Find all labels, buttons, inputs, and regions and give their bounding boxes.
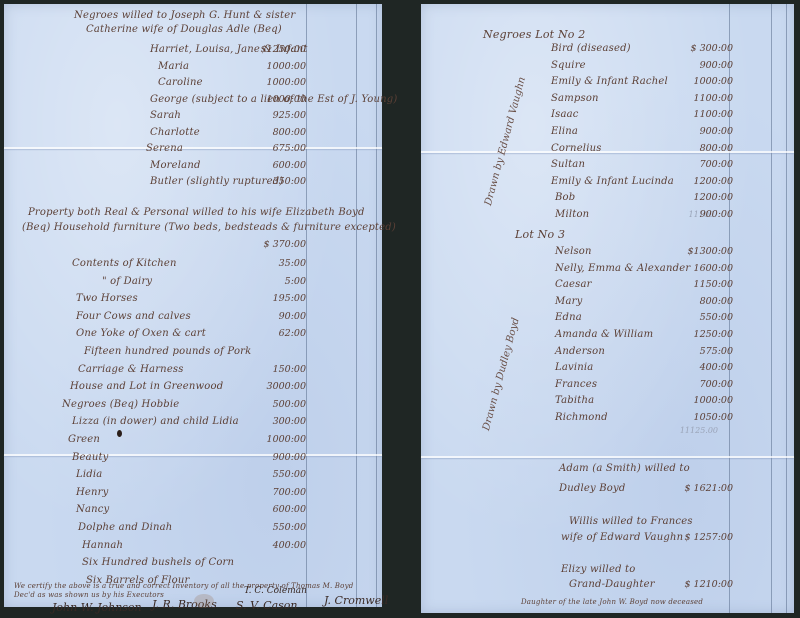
ledger-amount: 1050:00 bbox=[694, 412, 733, 423]
ledger-item: Maria bbox=[158, 61, 189, 72]
ledger-amount: 1200:00 bbox=[694, 176, 733, 187]
paper-stain bbox=[194, 594, 214, 608]
ledger-item: Cornelius bbox=[551, 143, 602, 154]
signature: John W. Johnson bbox=[52, 601, 142, 614]
ledger-item: Mary bbox=[555, 296, 582, 307]
right-page: Negroes Lot No 2 Drawn by Edward Vaughn … bbox=[421, 4, 794, 613]
ledger-item: Amanda & William bbox=[555, 329, 653, 340]
ledger-amount: 900:00 bbox=[700, 60, 733, 71]
lot2-margin-note: Drawn by Edward Vaughn bbox=[483, 76, 528, 207]
ledger-amount: 550:00 bbox=[273, 469, 306, 480]
signature: T. C. Coleman bbox=[244, 586, 307, 596]
ledger-item: Dolphe and Dinah bbox=[78, 522, 172, 533]
ledger-item: Negroes (Beq) Hobbie bbox=[62, 399, 179, 410]
ledger-item: Caesar bbox=[555, 279, 592, 290]
ledger-amount: 350:00 bbox=[273, 176, 306, 187]
ink-blot bbox=[117, 430, 122, 437]
property-heading: (Beq) Household furniture (Two beds, bed… bbox=[22, 222, 396, 233]
ledger-amount: 700:00 bbox=[700, 379, 733, 390]
bequest-note: Daughter of the late John W. Boyd now de… bbox=[521, 598, 703, 606]
ledger-amount: 35:00 bbox=[279, 258, 306, 269]
ledger-item: Henry bbox=[76, 487, 109, 498]
ledger-item: Beauty bbox=[72, 452, 109, 463]
ledger-amount: 400:00 bbox=[700, 362, 733, 373]
ledger-item: Hannah bbox=[82, 540, 123, 551]
certification: Dec'd as was shown us by his Executors bbox=[14, 591, 164, 599]
ledger-amount: 5:00 bbox=[285, 276, 306, 287]
ledger-amount: 1000:00 bbox=[267, 61, 306, 72]
ledger-item: Moreland bbox=[150, 160, 201, 171]
bequest-line: Grand-Daughter bbox=[569, 579, 655, 590]
ledger-item: Sarah bbox=[150, 110, 181, 121]
ledger-item: Four Cows and calves bbox=[76, 311, 191, 322]
ledger-amount: 195:00 bbox=[273, 293, 306, 304]
ledger-amount: 925:00 bbox=[273, 110, 306, 121]
ledger-item: Anderson bbox=[555, 346, 605, 357]
ledger-item: Richmond bbox=[555, 412, 608, 423]
ledger-amount: 700:00 bbox=[273, 487, 306, 498]
bequest-line: Willis willed to Frances bbox=[569, 516, 693, 527]
ledger-item: One Yoke of Oxen & cart bbox=[76, 328, 206, 339]
ledger-amount: 1600:00 bbox=[694, 263, 733, 274]
ledger-amount: 1000:00 bbox=[694, 395, 733, 406]
ledger-amount: 1100:00 bbox=[694, 109, 733, 120]
ledger-item: Bob bbox=[555, 192, 575, 203]
ledger-amount: 1250:00 bbox=[694, 329, 733, 340]
ledger-item: Sultan bbox=[551, 159, 585, 170]
lot3-heading: Lot No 3 bbox=[515, 228, 565, 241]
ledger-amount: 300:00 bbox=[273, 416, 306, 427]
ledger-item: Isaac bbox=[551, 109, 579, 120]
ledger-item: Green bbox=[68, 434, 100, 445]
ledger-amount: 1000:00 bbox=[694, 76, 733, 87]
ledger-item: House and Lot in Greenwood bbox=[70, 381, 223, 392]
ledger-item: Caroline bbox=[158, 77, 203, 88]
ledger-amount: $1250:00 bbox=[260, 44, 306, 55]
ledger-item: Emily & Infant Rachel bbox=[551, 76, 668, 87]
property-heading: Property both Real & Personal willed to … bbox=[28, 207, 365, 218]
ledger-item: Carriage & Harness bbox=[78, 364, 184, 375]
ledger-amount: $1300:00 bbox=[687, 246, 733, 257]
bequest-line: Elizy willed to bbox=[561, 564, 635, 575]
ledger-item: Tabitha bbox=[555, 395, 594, 406]
lot3-total: 11125.00 bbox=[680, 426, 718, 435]
ledger-amount: 900:00 bbox=[700, 209, 733, 220]
ledger-amount: 575:00 bbox=[700, 346, 733, 357]
margin-rule bbox=[771, 4, 772, 613]
ledger-amount: 700:00 bbox=[700, 159, 733, 170]
heading-line: Negroes willed to Joseph G. Hunt & siste… bbox=[74, 10, 295, 21]
ledger-amount: 675:00 bbox=[273, 143, 306, 154]
ledger-amount: 1000:00 bbox=[267, 434, 306, 445]
fold-line bbox=[4, 454, 382, 456]
heading-line: Catherine wife of Douglas Adle (Beq) bbox=[86, 24, 282, 35]
ledger-item: Lavinia bbox=[555, 362, 593, 373]
ledger-item: Serena bbox=[146, 143, 183, 154]
ledger-amount: 1100:00 bbox=[694, 93, 733, 104]
left-page: Negroes willed to Joseph G. Hunt & siste… bbox=[4, 4, 382, 607]
ledger-item: Lizza (in dower) and child Lidia bbox=[72, 416, 239, 427]
ledger-amount: 800:00 bbox=[700, 143, 733, 154]
ledger-item: Contents of Kitchen bbox=[72, 258, 177, 269]
ledger-amount: 500:00 bbox=[273, 399, 306, 410]
margin-rule bbox=[786, 4, 787, 613]
bequest-amount: $ 1621:00 bbox=[684, 483, 733, 494]
ledger-amount: $ 300:00 bbox=[691, 43, 734, 54]
bequest-amount: $ 1257:00 bbox=[684, 532, 733, 543]
ledger-item: Two Horses bbox=[76, 293, 138, 304]
bequest-line: Dudley Boyd bbox=[559, 483, 625, 494]
ledger-amount: 550:00 bbox=[273, 522, 306, 533]
ledger-item: Frances bbox=[555, 379, 597, 390]
ledger-item: Edna bbox=[555, 312, 582, 323]
ledger-amount: 1000:00 bbox=[267, 77, 306, 88]
property-subtotal: $ 370:00 bbox=[264, 239, 307, 250]
lot2-heading: Negroes Lot No 2 bbox=[483, 28, 586, 41]
ledger-item: Nelson bbox=[555, 246, 592, 257]
bequest-line: Adam (a Smith) willed to bbox=[559, 463, 690, 474]
ledger-amount: 900:00 bbox=[700, 126, 733, 137]
ledger-amount: 800:00 bbox=[700, 296, 733, 307]
ledger-amount: 900:00 bbox=[273, 452, 306, 463]
ledger-item: Charlotte bbox=[150, 127, 200, 138]
ledger-amount: 800:00 bbox=[273, 127, 306, 138]
ledger-amount: 3000:00 bbox=[267, 381, 306, 392]
ledger-item: " of Dairy bbox=[102, 276, 152, 287]
bequest-line: wife of Edward Vaughn bbox=[561, 532, 683, 543]
ledger-item: Six Hundred bushels of Corn bbox=[82, 557, 234, 568]
ledger-item: Fifteen hundred pounds of Pork bbox=[84, 346, 251, 357]
fold-line bbox=[421, 151, 794, 153]
ledger-amount: 150:00 bbox=[273, 364, 306, 375]
ledger-item: Lidia bbox=[76, 469, 102, 480]
ledger-item: Nelly, Emma & Alexander bbox=[555, 263, 690, 274]
ledger-item: Elina bbox=[551, 126, 578, 137]
ledger-item: Bird (diseased) bbox=[551, 43, 631, 54]
fold-line bbox=[421, 456, 794, 458]
ledger-amount: 600:00 bbox=[273, 504, 306, 515]
fold-line bbox=[4, 147, 382, 149]
bequest-amount: $ 1210:00 bbox=[684, 579, 733, 590]
signature: S. V. Cason bbox=[236, 599, 297, 612]
ledger-item: Sampson bbox=[551, 93, 599, 104]
lot3-margin-note: Drawn by Dudley Boyd bbox=[481, 317, 522, 432]
ledger-item: Milton bbox=[555, 209, 589, 220]
ledger-item: Squire bbox=[551, 60, 586, 71]
ledger-amount: 62:00 bbox=[279, 328, 306, 339]
ledger-amount: 550:00 bbox=[700, 312, 733, 323]
ledger-amount: 1000:00 bbox=[267, 94, 306, 105]
ledger-amount: 1200:00 bbox=[694, 192, 733, 203]
ledger-item: Butler (slightly ruptured) bbox=[150, 176, 283, 187]
ledger-item: Nancy bbox=[76, 504, 109, 515]
ledger-amount: 600:00 bbox=[273, 160, 306, 171]
ledger-amount: 90:00 bbox=[279, 311, 306, 322]
ledger-item: Emily & Infant Lucinda bbox=[551, 176, 674, 187]
ledger-amount: 1150:00 bbox=[694, 279, 733, 290]
ledger-amount: 400:00 bbox=[273, 540, 306, 551]
ledger-item: Six Barrels of Flour bbox=[86, 575, 189, 586]
signature: J. Cromwell bbox=[324, 594, 388, 607]
